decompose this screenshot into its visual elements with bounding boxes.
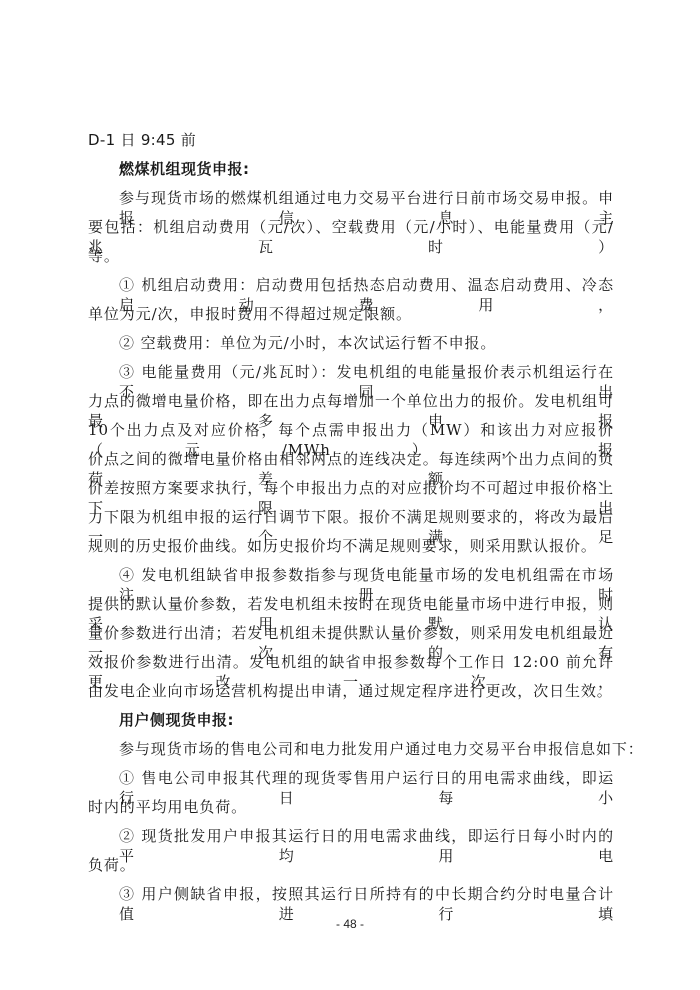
page-number: - 48 - xyxy=(0,917,700,931)
paragraph-line: 要包括：机组启动费用（元/次）、空载费用（元/小时）、电能量费用（元/兆瓦时） xyxy=(88,217,614,257)
section-title-user-side: 用户侧现货申报: xyxy=(119,710,234,730)
list-item-wholesale-user: ② 现货批发用户申报其运行日的用电需求曲线，即运行日每小时内的平均用电 xyxy=(119,826,614,866)
list-item-no-load-cost: ② 空载费用：单位为元/小时，本次试运行暂不申报。 xyxy=(119,333,496,353)
paragraph-line: 等。 xyxy=(88,246,120,266)
paragraph-line: 由发电企业向市场运营机构提出申请，通过规定程序进行更改，次日生效。 xyxy=(88,681,613,701)
paragraph-line: 规则的历史报价曲线。如历史报价均不满足规则要求，则采用默认报价。 xyxy=(88,536,597,556)
paragraph-line: 负荷。 xyxy=(88,855,136,875)
section-title-coal-units: 燃煤机组现货申报: xyxy=(119,159,250,179)
paragraph-line: 参与现货市场的售电公司和电力批发用户通过电力交易平台申报信息如下： xyxy=(119,739,644,759)
time-heading: D-1 日 9:45 前 xyxy=(88,130,196,150)
paragraph-line: 单位为元/次，申报时费用不得超过规定限额。 xyxy=(88,304,412,324)
paragraph-line: 时内的平均用电负荷。 xyxy=(88,797,247,817)
